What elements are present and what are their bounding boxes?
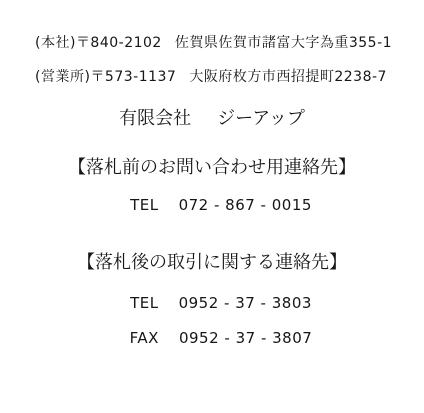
sales-office-address-line: (営業所)〒573-1137大阪府枚方市西招提町2238-7 xyxy=(35,70,387,84)
post-award-fax-number: 0952 - 37 - 3807 xyxy=(179,329,312,347)
head-office-postal-code: 〒840-2102 xyxy=(76,35,162,51)
pre-award-contact-heading: 【落札前のお問い合わせ用連絡先】 xyxy=(0,159,424,177)
pre-award-tel-line: TEL072 - 867 - 0015 xyxy=(18,198,424,213)
head-office-label: (本社) xyxy=(35,35,76,51)
seller-contact-info-document: (本社)〒840-2102佐賀県佐賀市諸富大字為重355-1 (営業所)〒573… xyxy=(0,0,424,413)
sales-office-address: 大阪府枚方市西招提町2238-7 xyxy=(189,69,387,85)
pre-award-tel-label: TEL xyxy=(130,196,159,214)
post-award-tel-line: TEL0952 - 37 - 3803 xyxy=(18,296,424,311)
pre-award-tel-number: 072 - 867 - 0015 xyxy=(179,196,312,214)
post-award-tel-label: TEL xyxy=(130,294,159,312)
company-legal-type: 有限会社 xyxy=(119,108,191,129)
post-award-contact-heading: 【落札後の取引に関する連絡先】 xyxy=(0,254,424,272)
company-name-line: 有限会社ジーアップ xyxy=(0,110,424,128)
post-award-tel-number: 0952 - 37 - 3803 xyxy=(179,294,312,312)
post-award-fax-label: FAX xyxy=(130,329,159,347)
sales-office-label: (営業所) xyxy=(35,69,90,85)
sales-office-postal-code: 〒573-1137 xyxy=(90,69,176,85)
post-award-fax-line: FAX0952 - 37 - 3807 xyxy=(18,331,424,346)
company-name: ジーアップ xyxy=(217,108,305,129)
head-office-address: 佐賀県佐賀市諸富大字為重355-1 xyxy=(175,35,392,51)
head-office-address-line: (本社)〒840-2102佐賀県佐賀市諸富大字為重355-1 xyxy=(35,36,392,50)
